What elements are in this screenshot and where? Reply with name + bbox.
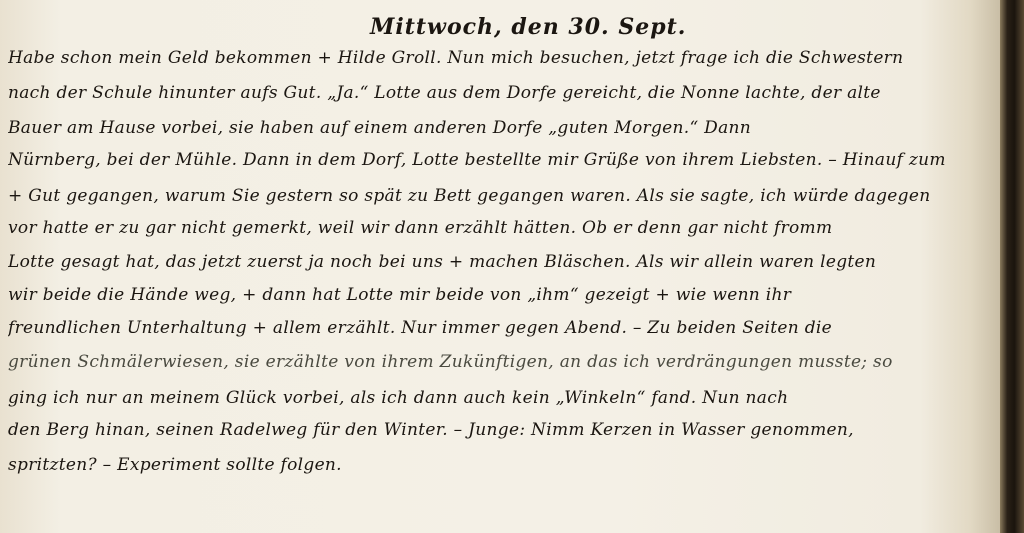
text-line-8: wir beide die Hände weg, + dann hat Lott… [8, 285, 993, 305]
text-line-13: spritzten? – Experiment sollte folgen. [8, 455, 993, 475]
text-line-1: Habe schon mein Geld bekommen + Hilde Gr… [8, 48, 993, 68]
paper-page: Mittwoch, den 30. Sept. Habe schon mein … [0, 0, 1000, 533]
text-line-11: ging ich nur an meinem Glück vorbei, als… [8, 388, 993, 408]
text-line-9: freundlichen Unterhaltung + allem erzähl… [8, 318, 993, 338]
text-line-12: den Berg hinan, seinen Radelweg für den … [8, 420, 993, 440]
text-line-7: Lotte gesagt hat, das jetzt zuerst ja no… [8, 252, 993, 272]
text-line-2: nach der Schule hinunter aufs Gut. „Ja.“… [8, 83, 993, 103]
text-line-3: Bauer am Hause vorbei, sie haben auf ein… [8, 118, 993, 138]
text-line-4: Nürnberg, bei der Mühle. Dann in dem Dor… [8, 150, 993, 170]
text-line-10: grünen Schmälerwiesen, sie erzählte von … [8, 352, 993, 372]
entry-date-heading: Mittwoch, den 30. Sept. [370, 14, 686, 40]
text-line-6: vor hatte er zu gar nicht gemerkt, weil … [8, 218, 993, 238]
text-line-5: + Gut gegangen, warum Sie gestern so spä… [8, 186, 993, 206]
book-binding-edge [1000, 0, 1024, 533]
